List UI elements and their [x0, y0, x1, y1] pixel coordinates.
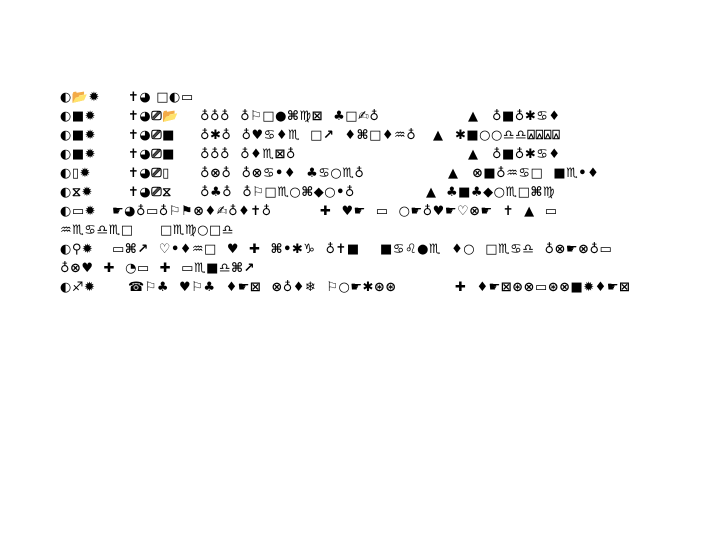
log-timestamp: ☛◕♁▭♁⚐⚑⊗♦✍♁♦✝♁ [112, 202, 272, 221]
log-index: ◐📂✹ [60, 88, 100, 107]
log-index: ◐⚲✹ [60, 240, 93, 259]
log-value: ✱■○○♎♎⍓⍓⍓⍓ [455, 126, 560, 145]
log-value: ♁■♁✱♋♦ [492, 107, 561, 126]
log-timestamp: ✝◕⎚📂 [128, 107, 179, 126]
log-timestamp: ✝◕⎚⧖ [128, 183, 172, 202]
log-timestamp: ▭⌘↗ ♡•♦♒□ ♥ ✚ ⌘•✱♑ ♁✝■ [112, 240, 360, 259]
log-message: ■♋♌●♏ ♦○ □♏♋♎ ♁⊗☛⊗♁▭ [380, 240, 612, 259]
log-text: ♒♏♋♎♏□ [60, 221, 134, 240]
log-text: ♁⊗♥ ✚ ◔▭ ✚ ▭♏■♎⌘↗ [60, 259, 255, 278]
log-index: ◐♐✹ [60, 278, 95, 297]
log-line-continuation: ♁⊗♥ ✚ ◔▭ ✚ ▭♏■♎⌘↗ [60, 259, 680, 278]
arrow-icon: ▲ [468, 107, 479, 126]
arrow-icon: ▲ [448, 164, 459, 183]
log-message: ♁✱♁ ♁♥♋♦♏ □↗ ♦⌘□♦♒♁ [200, 126, 416, 145]
log-output: ◐📂✹ ✝◕ □◐▭ ◐■✹ ✝◕⎚📂 ♁♁♁ ♁⚐□●⌘♍⊠ ♣□✍♁ ▲ ♁… [60, 88, 680, 297]
arrow-icon: ▲ [433, 126, 444, 145]
log-line: ◐■✹ ✝◕⎚📂 ♁♁♁ ♁⚐□●⌘♍⊠ ♣□✍♁ ▲ ♁■♁✱♋♦ [60, 107, 680, 126]
log-index: ◐■✹ [60, 107, 96, 126]
log-line-continuation: ♒♏♋♎♏□ □♏♍○□♎ [60, 221, 680, 240]
log-message: ✚ ♦☛⊠⊛⊗▭⊛⊗■✹♦☛⊠ [455, 278, 630, 297]
log-line: ◐♐✹ ☎⚐♣ ♥⚐♣ ♦☛⊠ ⊗♁♦❄ ⚐○☛✱⊛⊛ ✚ ♦☛⊠⊛⊗▭⊛⊗■✹… [60, 278, 680, 297]
log-index: ◐▭✹ [60, 202, 96, 221]
log-message: ✚ ♥☛ ▭ ○☛♁♥☛♡⊗☛ ✝ ▲ ▭ [320, 202, 558, 221]
log-timestamp: ✝◕⎚■ [128, 145, 175, 164]
log-timestamp: ✝◕⎚▯ [128, 164, 170, 183]
log-line: ◐▭✹ ☛◕♁▭♁⚐⚑⊗♦✍♁♦✝♁ ✚ ♥☛ ▭ ○☛♁♥☛♡⊗☛ ✝ ▲ ▭ [60, 202, 680, 221]
log-message: ♁⊗♁ ♁⊗♋•♦ ♣♋○♏♁ [200, 164, 364, 183]
log-message: ♁♁♁ ♁♦♏⊠♁ [200, 145, 296, 164]
log-message: ♁♣♁ ♁⚐□♏○⌘◆○•♁ [200, 183, 355, 202]
log-line: ◐■✹ ✝◕⎚■ ♁♁♁ ♁♦♏⊠♁ ▲ ♁■♁✱♋♦ [60, 145, 680, 164]
log-text: □♏♍○□♎ [160, 221, 234, 240]
log-value: ♣■♣◆○♏□⌘♍ [446, 183, 555, 202]
arrow-icon: ▲ [468, 145, 479, 164]
log-timestamp: ✝◕ □◐▭ [128, 88, 194, 107]
log-line: ◐⚲✹ ▭⌘↗ ♡•♦♒□ ♥ ✚ ⌘•✱♑ ♁✝■ ■♋♌●♏ ♦○ □♏♋♎… [60, 240, 680, 259]
log-value: ⊗■♁♒♋□ ■♏•♦ [472, 164, 599, 183]
log-message: ♁♁♁ ♁⚐□●⌘♍⊠ ♣□✍♁ [200, 107, 379, 126]
log-line: ◐▯✹ ✝◕⎚▯ ♁⊗♁ ♁⊗♋•♦ ♣♋○♏♁ ▲ ⊗■♁♒♋□ ■♏•♦ [60, 164, 680, 183]
log-index: ◐■✹ [60, 145, 96, 164]
log-line: ◐⧖✹ ✝◕⎚⧖ ♁♣♁ ♁⚐□♏○⌘◆○•♁ ▲ ♣■♣◆○♏□⌘♍ [60, 183, 680, 202]
log-value: ♁■♁✱♋♦ [492, 145, 561, 164]
log-line: ◐■✹ ✝◕⎚■ ♁✱♁ ♁♥♋♦♏ □↗ ♦⌘□♦♒♁ ▲ ✱■○○♎♎⍓⍓⍓… [60, 126, 680, 145]
log-timestamp: ☎⚐♣ ♥⚐♣ ♦☛⊠ ⊗♁♦❄ ⚐○☛✱⊛⊛ [128, 278, 397, 297]
log-index: ◐⧖✹ [60, 183, 93, 202]
log-index: ◐▯✹ [60, 164, 91, 183]
log-line: ◐📂✹ ✝◕ □◐▭ [60, 88, 680, 107]
log-timestamp: ✝◕⎚■ [128, 126, 175, 145]
arrow-icon: ▲ [426, 183, 437, 202]
log-index: ◐■✹ [60, 126, 96, 145]
